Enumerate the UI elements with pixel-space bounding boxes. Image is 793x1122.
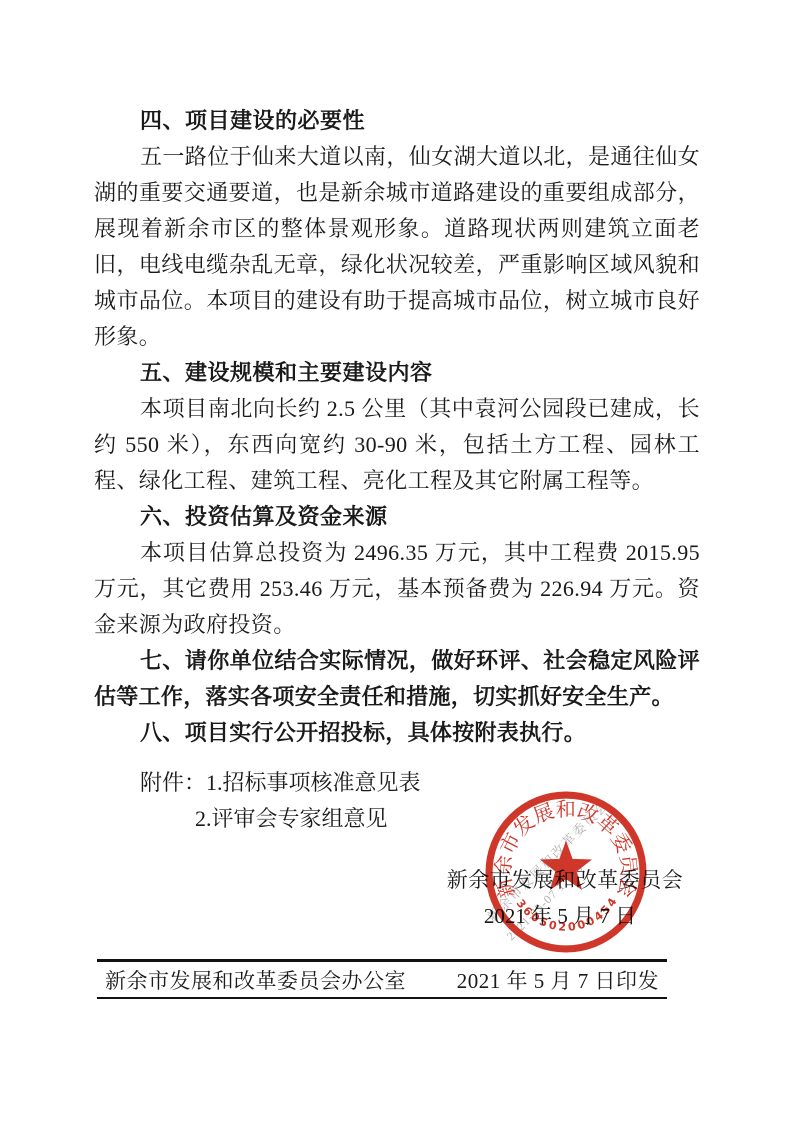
footer-print-date: 2021 年 5 月 7 日印发 <box>457 965 659 995</box>
paragraph-scale: 本项目南北向长约 2.5 公里（其中袁河公园段已建成，长约 550 米），东西向… <box>94 391 700 499</box>
section-heading-scale: 五、建设规模和主要建设内容 <box>94 355 700 391</box>
footer-office: 新余市发展和改革委员会办公室 <box>105 965 406 995</box>
paragraph-necessity: 五一路位于仙来大道以南，仙女湖大道以北，是通往仙女湖的重要交通要道，也是新余城市… <box>94 139 700 355</box>
footer-bar: 新余市发展和改革委员会办公室 2021 年 5 月 7 日印发 <box>97 959 667 999</box>
document-page: 四、项目建设的必要性 五一路位于仙来大道以南，仙女湖大道以北，是通往仙女湖的重要… <box>0 0 793 1122</box>
seal-star-icon <box>540 841 592 890</box>
paragraph-bidding: 八、项目实行公开招投标，具体按附表执行。 <box>94 715 700 751</box>
seal-graphic: 新余市发展和改革委员会 3605020004543 <box>483 789 649 955</box>
paragraph-safety-requirement: 七、请你单位结合实际情况，做好环评、社会稳定风险评估等工作，落实各项安全责任和措… <box>94 643 700 715</box>
official-seal: 新余市发展和改革委员会 2021-05-07 17:36 新余市发展和改革委员会… <box>483 789 649 955</box>
section-heading-investment: 六、投资估算及资金来源 <box>94 499 700 535</box>
attachment-item-1: 1.招标事项核准意见表 <box>206 770 421 795</box>
section-heading-necessity: 四、项目建设的必要性 <box>94 103 700 139</box>
attachment-label: 附件： <box>140 770 206 795</box>
document-body: 四、项目建设的必要性 五一路位于仙来大道以南，仙女湖大道以北，是通往仙女湖的重要… <box>94 103 700 837</box>
paragraph-investment: 本项目估算总投资为 2496.35 万元，其中工程费 2015.95 万元，其它… <box>94 535 700 643</box>
